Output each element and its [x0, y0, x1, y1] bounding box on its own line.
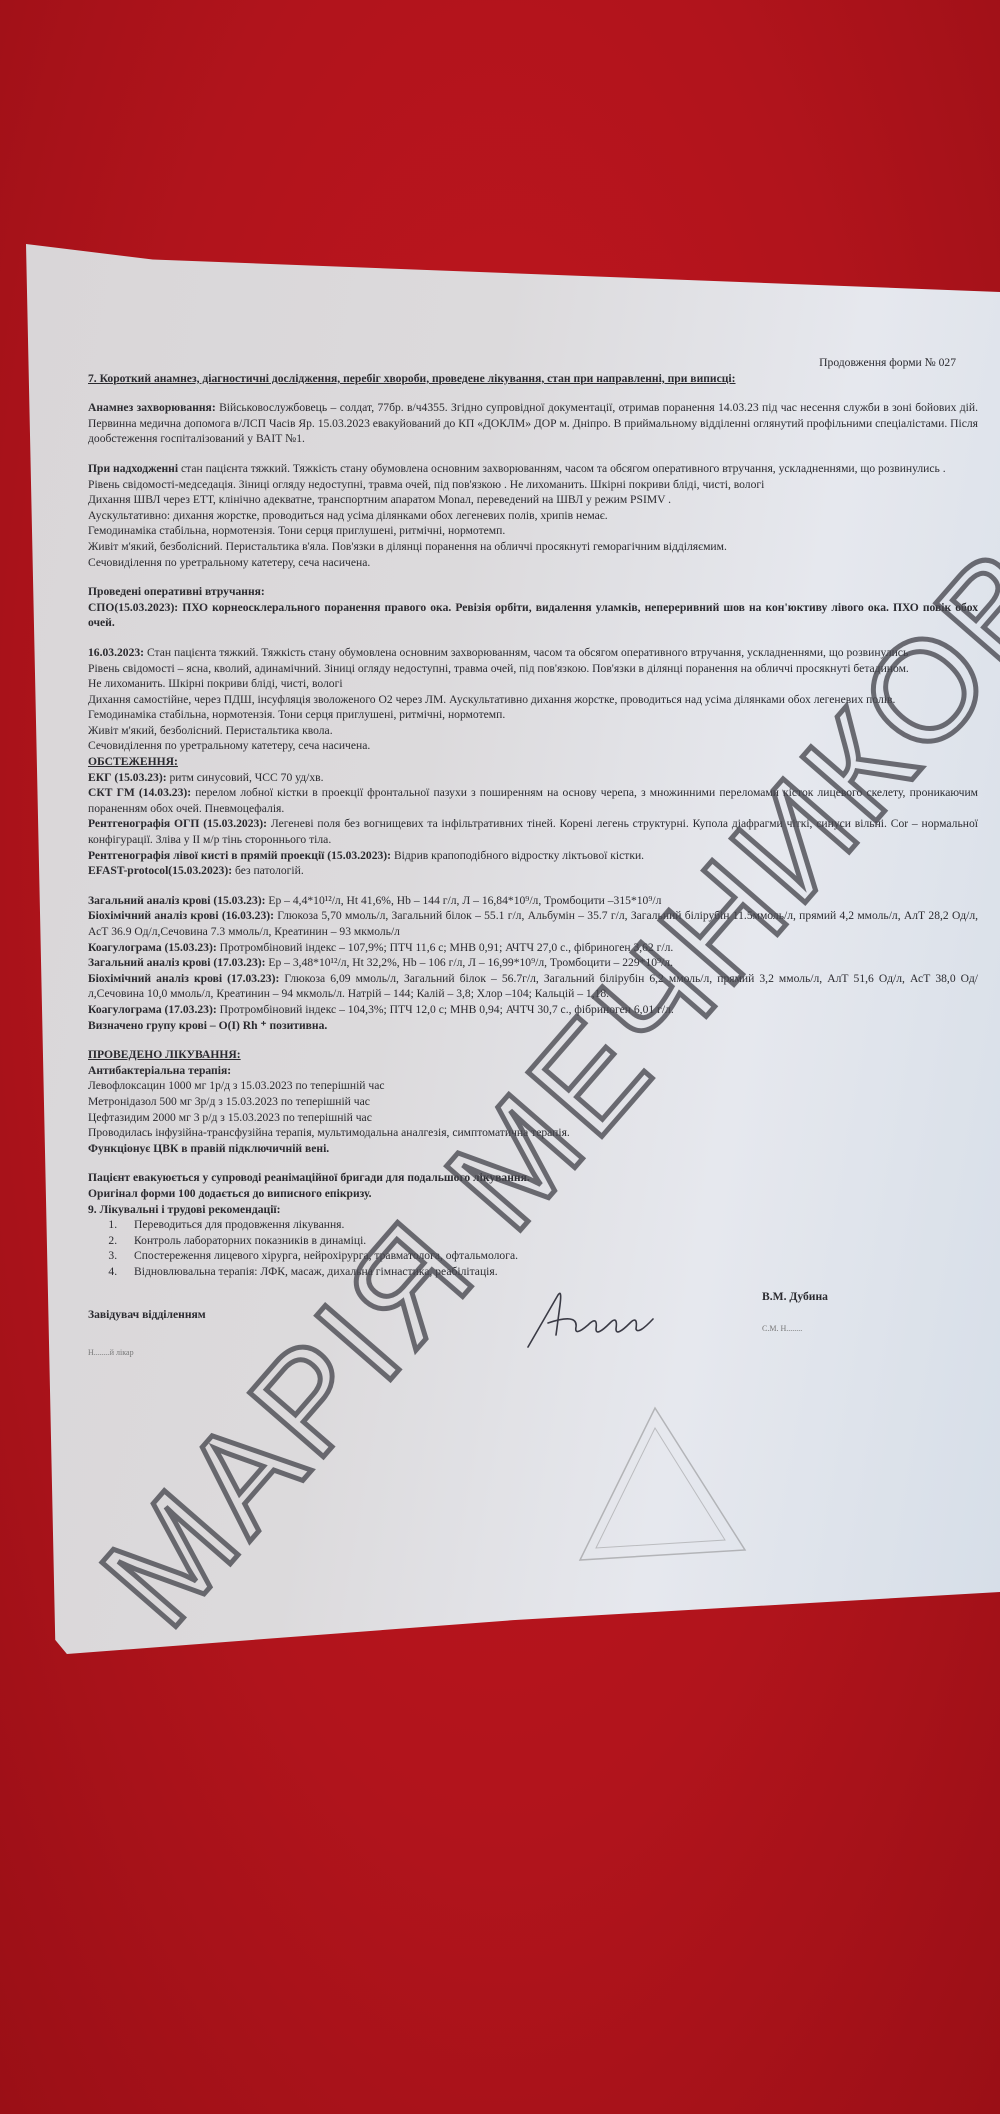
day16-line: Рівень свідомості – ясна, кволий, адинам… [88, 661, 978, 677]
admission-label: При надходженні [88, 462, 178, 475]
anamnesis-label: Анамнез захворювання: [88, 401, 216, 414]
recommendation-item: Спостереження лицевого хірурга, нейрохір… [120, 1248, 978, 1264]
transfer-line: Пацієнт евакуюється у супроводі реанімац… [88, 1170, 978, 1186]
recommendation-item: Переводиться для продовження лікування. [120, 1217, 978, 1233]
section-title: 7. Короткий анамнез, діагностичні дослід… [88, 371, 978, 387]
day16-line: Живіт м'який, безболісний. Перистальтика… [88, 723, 978, 739]
day16-line: Сечовиділення по уретральному катетеру, … [88, 738, 978, 754]
anamnesis-text: Військовослужбовець – солдат, 77бр. в/ч4… [88, 401, 978, 445]
admission-line: Гемодинаміка стабільна, нормотензія. Тон… [88, 523, 978, 539]
lab-item: Загальний аналіз крові (17.03.23): Ер – … [88, 955, 978, 971]
day16-line: 16.03.2023: Стан пацієнта тяжкий. Тяжкіс… [88, 645, 978, 661]
exam-item: Рентгенографія лівої кисті в прямій прое… [88, 848, 978, 864]
exam-item: ЕКГ (15.03.23): ритм синусовий, ЧСС 70 у… [88, 770, 978, 786]
document-content: Продовження форми № 027 7. Короткий анам… [88, 355, 978, 1355]
treatment-line: Левофлоксацин 1000 мг 1р/д з 15.03.2023 … [88, 1078, 978, 1094]
treatment-title: ПРОВЕДЕНО ЛІКУВАННЯ: [88, 1047, 978, 1063]
treatment-line: Метронідазол 500 мг 3р/д з 15.03.2023 по… [88, 1094, 978, 1110]
signer-role: Завідувач відділенням [88, 1307, 206, 1323]
signature-block: Завідувач відділенням В.М. Дубина С.М. Н… [88, 1285, 978, 1355]
admission-line: При надходженні стан пацієнта тяжкий. Тя… [88, 461, 978, 477]
lab-item: Визначено групу крові – O(I) Rh ⁺ позити… [88, 1018, 978, 1034]
lab-item: Біохімічний аналіз крові (16.03.23): Глю… [88, 908, 978, 939]
surgery-label: Проведені оперативні втручання: [88, 584, 978, 600]
exam-item: EFAST-protocol(15.03.2023): без патологі… [88, 863, 978, 879]
lab-item: Коагулограма (17.03.23): Протромбіновий … [88, 1002, 978, 1018]
signer-sub-name: С.М. Н........ [762, 1321, 802, 1337]
signer-low-label: Н........й лікар [88, 1345, 134, 1361]
day16-line: Дихання самостійне, через ПДШ, інсуфляці… [88, 692, 978, 708]
signer-name: В.М. Дубина [762, 1289, 828, 1305]
lab-item: Загальний аналіз крові (15.03.23): Ер – … [88, 893, 978, 909]
handwritten-signature-icon [518, 1275, 718, 1355]
admission-line: Рівень свідомості-медседація. Зіниці огл… [88, 477, 978, 493]
recommendations-list: Переводиться для продовження лікування. … [88, 1217, 978, 1279]
treatment-cvc: Функціонує ЦВК в правій підключичній вен… [88, 1141, 978, 1157]
exam-item: Рентгенографія ОГП (15.03.2023): Легенев… [88, 816, 978, 847]
exams-title: ОБСТЕЖЕННЯ: [88, 754, 978, 770]
recommendation-item: Контроль лабораторних показників в динам… [120, 1233, 978, 1249]
anamnesis: Анамнез захворювання: Військовослужбовец… [88, 400, 978, 447]
exam-item: СКТ ГМ (14.03.23): перелом лобної кістки… [88, 785, 978, 816]
treatment-line: Цефтазидим 2000 мг 3 р/д з 15.03.2023 по… [88, 1110, 978, 1126]
recommendations-title: 9. Лікувальні і трудові рекомендації: [88, 1202, 978, 1218]
day16-line: Гемодинаміка стабільна, нормотензія. Тон… [88, 707, 978, 723]
treatment-subtitle: Антибактеріальна терапія: [88, 1063, 978, 1079]
form-continuation: Продовження форми № 027 [88, 355, 956, 371]
admission-line: Сечовиділення по уретральному катетеру, … [88, 555, 978, 571]
surgery-text: СПО(15.03.2023): ПХО корнеосклерального … [88, 600, 978, 631]
day16-line: Не лихоманить. Шкірні покриви бліді, чис… [88, 676, 978, 692]
admission-line: Дихання ШВЛ через ЕТТ, клінічно адекватн… [88, 492, 978, 508]
admission-line: Аускультативно: дихання жорстке, проводи… [88, 508, 978, 524]
triangle-stamp-icon [560, 1400, 760, 1570]
lab-item: Коагулограма (15.03.23): Протромбіновий … [88, 940, 978, 956]
transfer-line: Оригінал форми 100 додається до виписног… [88, 1186, 978, 1202]
day16-date: 16.03.2023: [88, 646, 144, 659]
treatment-line: Проводилась інфузійна-трансфузійна терап… [88, 1125, 978, 1141]
admission-line: Живіт м'який, безболісний. Перистальтика… [88, 539, 978, 555]
lab-item: Біохімічний аналіз крові (17.03.23): Глю… [88, 971, 978, 1002]
